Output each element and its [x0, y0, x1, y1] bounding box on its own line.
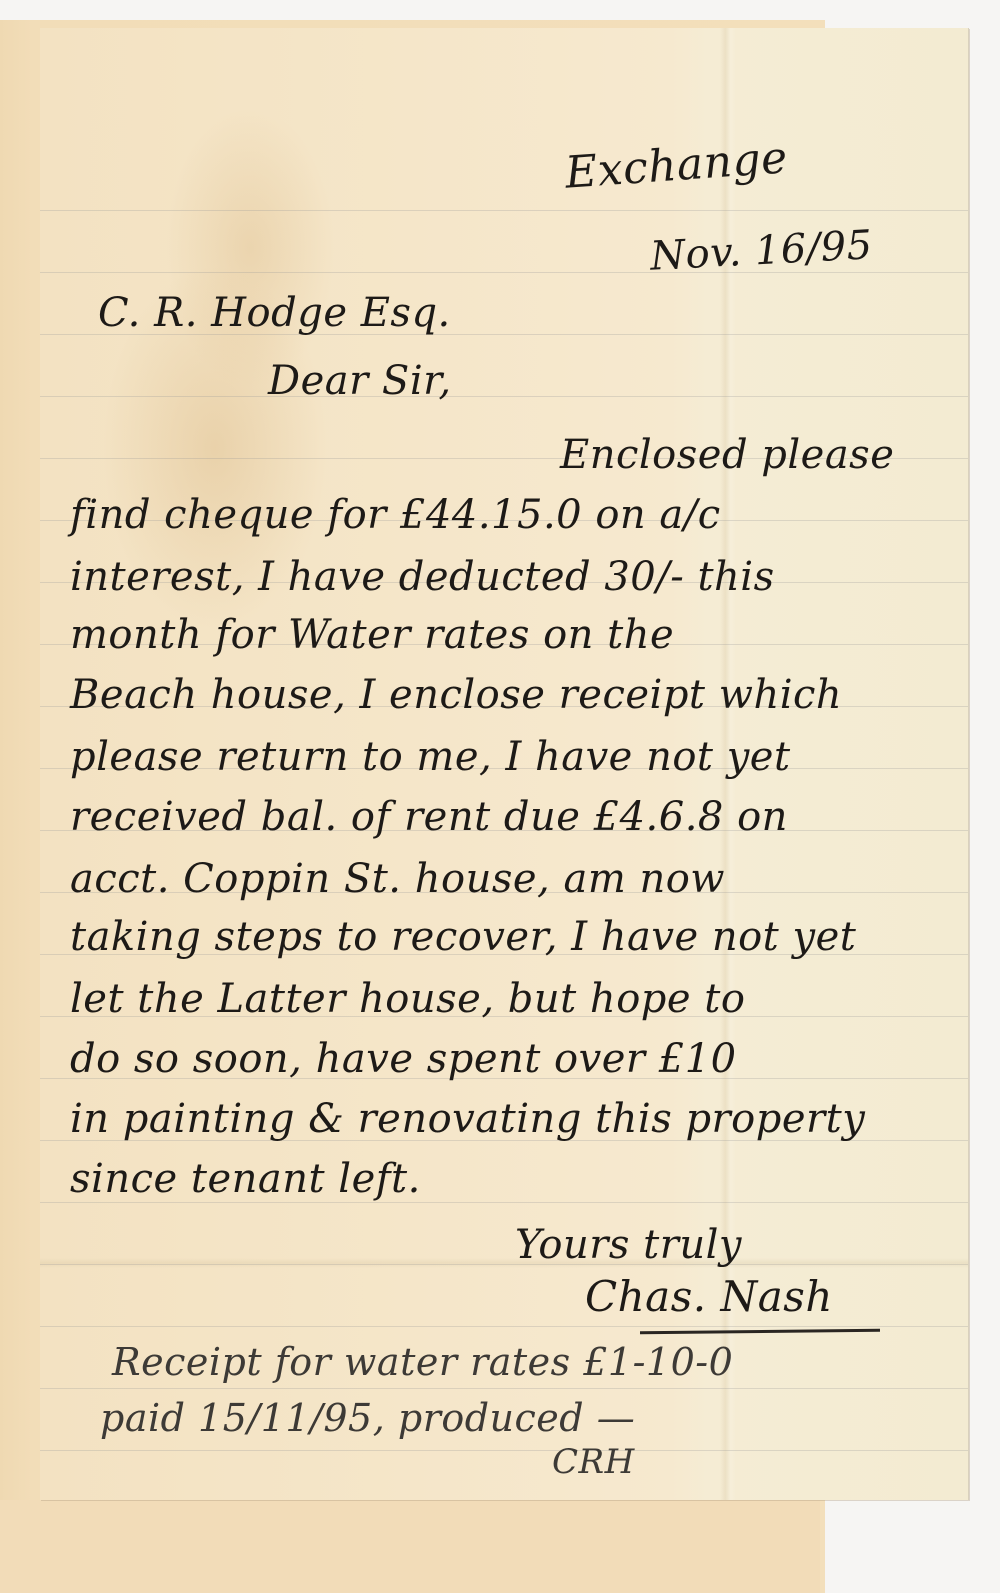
ruled-line	[40, 272, 968, 273]
annotation-paid-line: paid 15/11/95, produced —	[100, 1396, 635, 1440]
letter-recipient: C. R. Hodge Esq.	[98, 290, 451, 336]
letter-body-line: since tenant left.	[70, 1156, 421, 1202]
letter-body-line: find cheque for £44.15.0 on a/c	[70, 492, 721, 538]
letter-body-line: taking steps to recover, I have not yet	[70, 914, 856, 960]
letter-closing: Yours truly	[515, 1222, 742, 1268]
letter-body-line: acct. Coppin St. house, am now	[70, 856, 725, 902]
letter-signature: Chas. Nash	[585, 1272, 833, 1321]
ruled-line	[40, 1326, 968, 1327]
letter-body-line: in painting & renovating this property	[70, 1096, 865, 1142]
letter-body-line: received bal. of rent due £4.6.8 on	[70, 794, 788, 840]
letter-body-line: month for Water rates on the	[70, 612, 674, 658]
backing-sheet-bottom	[0, 1500, 820, 1593]
letter-body-line: do so soon, have spent over £10	[70, 1036, 737, 1082]
fold-crease-horizontal	[40, 1258, 968, 1268]
ruled-line	[40, 210, 968, 211]
ruled-line	[40, 1202, 968, 1203]
ruled-line	[40, 396, 968, 397]
letter-salutation: Dear Sir,	[268, 358, 452, 404]
letter-body-line: interest, I have deducted 30/- this	[70, 554, 775, 600]
scanned-document: Exchange Nov. 16/95 C. R. Hodge Esq. Dea…	[0, 0, 1000, 1593]
ruled-line	[40, 1388, 968, 1389]
letter-body-line: let the Latter house, but hope to	[70, 976, 745, 1022]
letter-body-line: Beach house, I enclose receipt which	[70, 672, 842, 718]
annotation-initials: CRH	[552, 1442, 635, 1482]
ruled-line	[40, 1450, 968, 1451]
letter-body-line: Enclosed please	[560, 432, 894, 478]
letter-body-line: please return to me, I have not yet	[70, 734, 791, 780]
ruled-line	[40, 1264, 968, 1265]
annotation-receipt-line: Receipt for water rates £1-10-0	[112, 1340, 733, 1384]
